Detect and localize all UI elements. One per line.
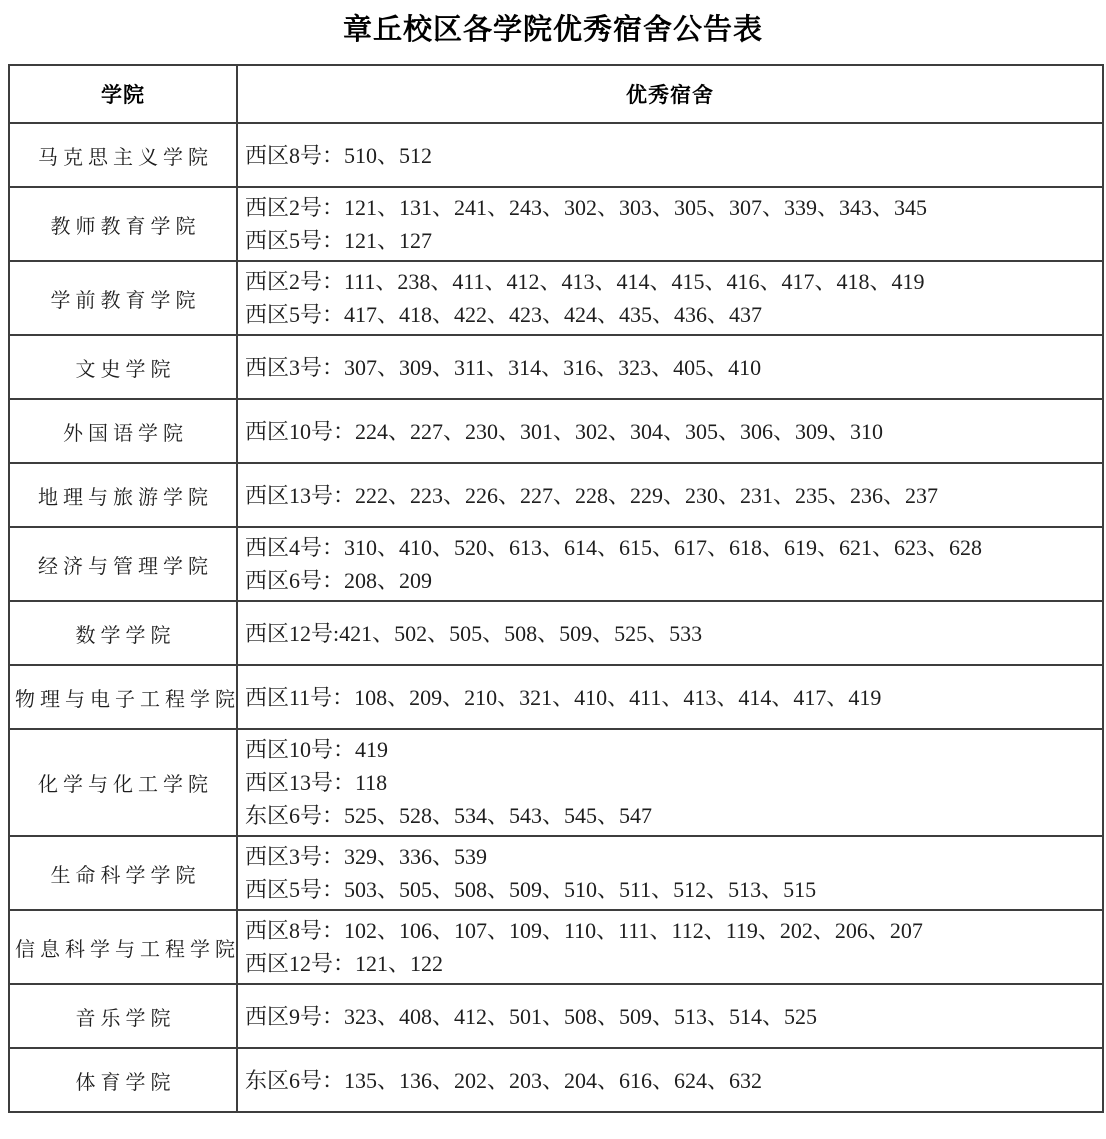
dorm-line: 西区5号：503、505、508、509、510、511、512、513、515 <box>245 873 1096 906</box>
table-row: 外国语学院西区10号：224、227、230、301、302、304、305、3… <box>9 399 1103 463</box>
college-name: 音乐学院 <box>9 984 237 1048</box>
table-row: 经济与管理学院西区4号：310、410、520、613、614、615、617、… <box>9 527 1103 601</box>
college-name: 文史学院 <box>9 335 237 399</box>
dorm-line: 西区12号:421、502、505、508、509、525、533 <box>245 617 1096 650</box>
dorm-cell: 西区2号：111、238、411、412、413、414、415、416、417… <box>237 261 1103 335</box>
dorm-table: 学院 优秀宿舍 马克思主义学院西区8号：510、512教师教育学院西区2号：12… <box>8 64 1104 1113</box>
college-name: 马克思主义学院 <box>9 123 237 187</box>
dorm-line: 西区8号：510、512 <box>245 139 1096 172</box>
table-row: 马克思主义学院西区8号：510、512 <box>9 123 1103 187</box>
table-row: 化学与化工学院西区10号：419西区13号：118东区6号：525、528、53… <box>9 729 1103 836</box>
dorm-cell: 西区13号：222、223、226、227、228、229、230、231、23… <box>237 463 1103 527</box>
table-row: 地理与旅游学院西区13号：222、223、226、227、228、229、230… <box>9 463 1103 527</box>
dorm-line: 西区2号：111、238、411、412、413、414、415、416、417… <box>245 265 1096 298</box>
header-college: 学院 <box>9 65 237 123</box>
college-name: 数学学院 <box>9 601 237 665</box>
header-row: 学院 优秀宿舍 <box>9 65 1103 123</box>
dorm-line: 西区3号：329、336、539 <box>245 840 1096 873</box>
college-name: 体育学院 <box>9 1048 237 1112</box>
dorm-cell: 西区3号：307、309、311、314、316、323、405、410 <box>237 335 1103 399</box>
college-name: 学前教育学院 <box>9 261 237 335</box>
dorm-cell: 西区2号：121、131、241、243、302、303、305、307、339… <box>237 187 1103 261</box>
college-name: 物理与电子工程学院 <box>9 665 237 729</box>
dorm-line: 西区12号：121、122 <box>245 947 1096 980</box>
document-page: 章丘校区各学院优秀宿舍公告表 学院 优秀宿舍 马克思主义学院西区8号：510、5… <box>0 0 1106 1139</box>
dorm-line: 西区5号：417、418、422、423、424、435、436、437 <box>245 298 1096 331</box>
college-name: 经济与管理学院 <box>9 527 237 601</box>
dorm-line: 西区13号：118 <box>245 766 1096 799</box>
dorm-cell: 西区8号：510、512 <box>237 123 1103 187</box>
table-row: 体育学院东区6号：135、136、202、203、204、616、624、632 <box>9 1048 1103 1112</box>
dorm-cell: 西区3号：329、336、539西区5号：503、505、508、509、510… <box>237 836 1103 910</box>
table-row: 文史学院西区3号：307、309、311、314、316、323、405、410 <box>9 335 1103 399</box>
dorm-cell: 西区4号：310、410、520、613、614、615、617、618、619… <box>237 527 1103 601</box>
dorm-line: 西区13号：222、223、226、227、228、229、230、231、23… <box>245 479 1096 512</box>
table-row: 数学学院西区12号:421、502、505、508、509、525、533 <box>9 601 1103 665</box>
dorm-line: 西区10号：419 <box>245 733 1096 766</box>
table-body: 马克思主义学院西区8号：510、512教师教育学院西区2号：121、131、24… <box>9 123 1103 1112</box>
table-row: 音乐学院西区9号：323、408、412、501、508、509、513、514… <box>9 984 1103 1048</box>
dorm-line: 西区8号：102、106、107、109、110、111、112、119、202… <box>245 914 1096 947</box>
dorm-line: 东区6号：135、136、202、203、204、616、624、632 <box>245 1064 1096 1097</box>
dorm-cell: 东区6号：135、136、202、203、204、616、624、632 <box>237 1048 1103 1112</box>
page-title: 章丘校区各学院优秀宿舍公告表 <box>0 0 1106 48</box>
dorm-cell: 西区8号：102、106、107、109、110、111、112、119、202… <box>237 910 1103 984</box>
dorm-line: 东区6号：525、528、534、543、545、547 <box>245 799 1096 832</box>
college-name: 化学与化工学院 <box>9 729 237 836</box>
dorm-cell: 西区12号:421、502、505、508、509、525、533 <box>237 601 1103 665</box>
college-name: 地理与旅游学院 <box>9 463 237 527</box>
table-row: 物理与电子工程学院西区11号：108、209、210、321、410、411、4… <box>9 665 1103 729</box>
college-name: 生命科学学院 <box>9 836 237 910</box>
header-dorms: 优秀宿舍 <box>237 65 1103 123</box>
dorm-line: 西区11号：108、209、210、321、410、411、413、414、41… <box>245 681 1096 714</box>
dorm-line: 西区2号：121、131、241、243、302、303、305、307、339… <box>245 191 1096 224</box>
table-header: 学院 优秀宿舍 <box>9 65 1103 123</box>
dorm-cell: 西区10号：224、227、230、301、302、304、305、306、30… <box>237 399 1103 463</box>
dorm-line: 西区5号：121、127 <box>245 224 1096 257</box>
dorm-line: 西区4号：310、410、520、613、614、615、617、618、619… <box>245 531 1096 564</box>
table-row: 生命科学学院西区3号：329、336、539西区5号：503、505、508、5… <box>9 836 1103 910</box>
dorm-line: 西区6号：208、209 <box>245 564 1096 597</box>
table-row: 信息科学与工程学院西区8号：102、106、107、109、110、111、11… <box>9 910 1103 984</box>
dorm-line: 西区3号：307、309、311、314、316、323、405、410 <box>245 351 1096 384</box>
dorm-cell: 西区10号：419西区13号：118东区6号：525、528、534、543、5… <box>237 729 1103 836</box>
college-name: 外国语学院 <box>9 399 237 463</box>
dorm-cell: 西区9号：323、408、412、501、508、509、513、514、525 <box>237 984 1103 1048</box>
college-name: 教师教育学院 <box>9 187 237 261</box>
college-name: 信息科学与工程学院 <box>9 910 237 984</box>
dorm-cell: 西区11号：108、209、210、321、410、411、413、414、41… <box>237 665 1103 729</box>
dorm-line: 西区9号：323、408、412、501、508、509、513、514、525 <box>245 1000 1096 1033</box>
dorm-line: 西区10号：224、227、230、301、302、304、305、306、30… <box>245 415 1096 448</box>
table-row: 教师教育学院西区2号：121、131、241、243、302、303、305、3… <box>9 187 1103 261</box>
table-row: 学前教育学院西区2号：111、238、411、412、413、414、415、4… <box>9 261 1103 335</box>
